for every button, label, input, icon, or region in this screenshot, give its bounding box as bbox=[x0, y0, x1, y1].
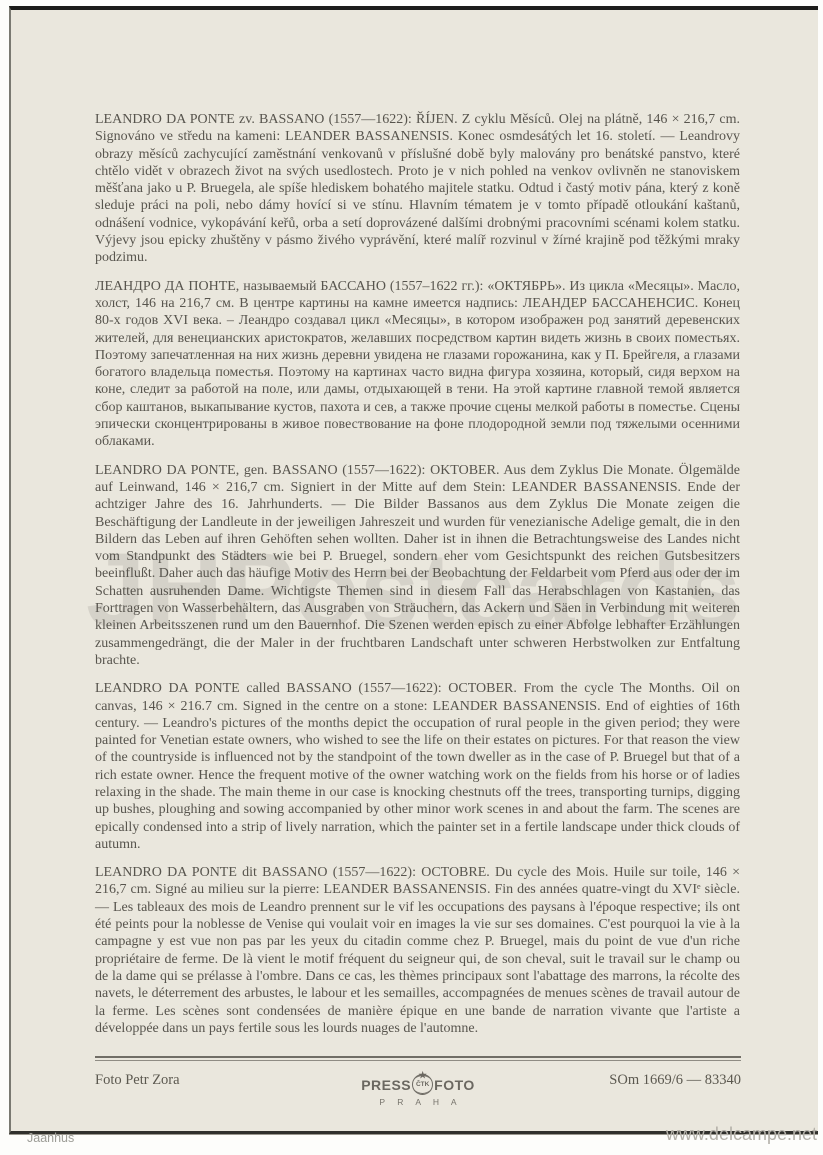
paragraph-german: LEANDRO DA PONTE, gen. BASSANO (1557—162… bbox=[95, 462, 740, 670]
footer: Foto Petr Zora PRESS ★ ČTK FOTO P R A H … bbox=[95, 1072, 741, 1107]
star-icon: ★ bbox=[419, 1065, 427, 1085]
photo-credit: Foto Petr Zora bbox=[95, 1072, 180, 1089]
watermark-delcampe: www.delcampe.net bbox=[666, 1124, 817, 1145]
watermark-seller: Jaanhus bbox=[27, 1131, 74, 1145]
paragraph-french: LEANDRO DA PONTE dit BASSANO (1557—1622)… bbox=[95, 864, 740, 1037]
logo-foto-label: FOTO bbox=[434, 1075, 475, 1095]
caption-text-block: LEANDRO DA PONTE zv. BASSANO (1557—1622)… bbox=[95, 111, 740, 1048]
postcard-scan: JHPostcards LEANDRO DA PONTE zv. BASSANO… bbox=[0, 0, 823, 1155]
catalog-number: SOm 1669/6 — 83340 bbox=[609, 1072, 741, 1089]
paragraph-english: LEANDRO DA PONTE called BASSANO (1557—16… bbox=[95, 680, 740, 853]
pressfoto-logo-row: PRESS ★ ČTK FOTO bbox=[361, 1074, 475, 1095]
pressfoto-praha-logo: PRESS ★ ČTK FOTO P R A H A bbox=[361, 1074, 475, 1107]
paragraph-russian: ЛЕАНДРО ДА ПОНТЕ, называемый БАССАНО (15… bbox=[95, 278, 740, 451]
postcard-back: JHPostcards LEANDRO DA PONTE zv. BASSANO… bbox=[9, 6, 818, 1134]
globe-icon: ★ ČTK bbox=[412, 1074, 433, 1095]
footer-divider bbox=[95, 1056, 741, 1061]
logo-press-label: PRESS bbox=[361, 1075, 411, 1095]
logo-city-label: P R A H A bbox=[361, 1097, 475, 1107]
paragraph-czech: LEANDRO DA PONTE zv. BASSANO (1557—1622)… bbox=[95, 111, 740, 267]
